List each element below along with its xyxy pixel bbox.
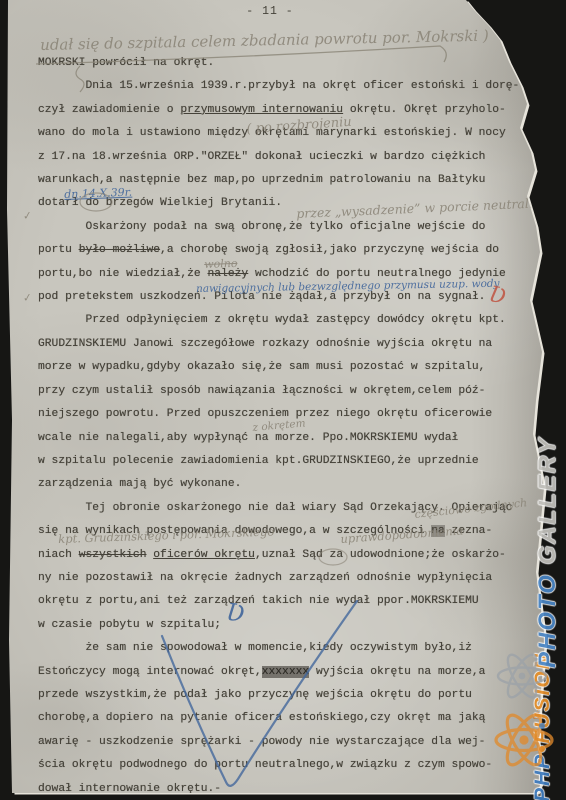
- atom-logo-icon: [488, 642, 562, 782]
- typed-line: chorobę,a dopiero na pytanie oficera est…: [38, 707, 519, 730]
- typed-line: ścia okrętu podwodnego do portu neutraln…: [38, 754, 519, 777]
- typed-line: że sam nie spowodował w momencie,kiedy o…: [38, 637, 519, 660]
- typed-line: Dnia 15.września 1939.r.przybył na okręt…: [38, 75, 519, 98]
- typed-line: w czasie pobytu w szpitalu;: [38, 614, 519, 637]
- typed-line: portu było możliwe,a chorobę swoją zgłos…: [38, 239, 519, 262]
- handwritten-date-blue: dn.14.X.39r.: [64, 186, 132, 201]
- watermark-photo-gallery: PHOTO GALLERY: [534, 436, 562, 668]
- typed-line: awarię - uszkodzenie sprężarki - powody …: [38, 731, 519, 754]
- typed-line: Przed odpłynięciem z okrętu wydał zastęp…: [38, 309, 519, 332]
- typed-line: niach wszystkich oficerów okrętu,uznał S…: [38, 544, 519, 567]
- typed-line: ny nie pozostawił na okręcie żadnych zar…: [38, 567, 519, 590]
- watermark-gallery-label: GALLERY: [534, 436, 561, 564]
- typed-line: przy czym ustalił sposób nawiązania łącz…: [38, 380, 519, 403]
- typed-line: MOKRSKI powrócił na okręt.: [38, 52, 519, 75]
- typed-line: dował internowanie okrętu.-: [38, 778, 519, 800]
- typed-line: GRUDZINSKIEMU Janowi szczegółowe rozkazy…: [38, 333, 519, 356]
- typed-line: morze w wypadku,gdyby okazało się,że sam…: [38, 356, 519, 379]
- typed-line: Estończycy mogą internować okręt,xxxxxxx…: [38, 661, 519, 684]
- margin-check-mark: ✓: [22, 291, 33, 305]
- typed-line: przede wszystkim,że podał jako przyczynę…: [38, 684, 519, 707]
- typed-line: Oskarżony podał na swą obronę,że tylko o…: [38, 216, 519, 239]
- paper-sheet: - 11 - MOKRSKI powrócił na okręt. Dnia 1…: [0, 0, 566, 800]
- scanned-document-page: - 11 - MOKRSKI powrócił na okręt. Dnia 1…: [0, 0, 566, 800]
- page-number: - 11 -: [0, 5, 540, 18]
- typed-line: zarządzenia mają być wykonane.: [38, 473, 519, 496]
- handwritten-word-struck: wolno: [204, 257, 238, 271]
- typed-line: w szpitalu polecenie zawiadomienia kpt.G…: [38, 450, 519, 473]
- typed-line: z 17.na 18.września ORP."ORZEŁ" dokonał …: [38, 146, 519, 169]
- blue-flourish-mark: Ʋ: [225, 598, 246, 628]
- typed-line: okrętu z portu,ani też zarządzeń takich …: [38, 590, 519, 613]
- margin-check-mark: ✓: [22, 209, 33, 223]
